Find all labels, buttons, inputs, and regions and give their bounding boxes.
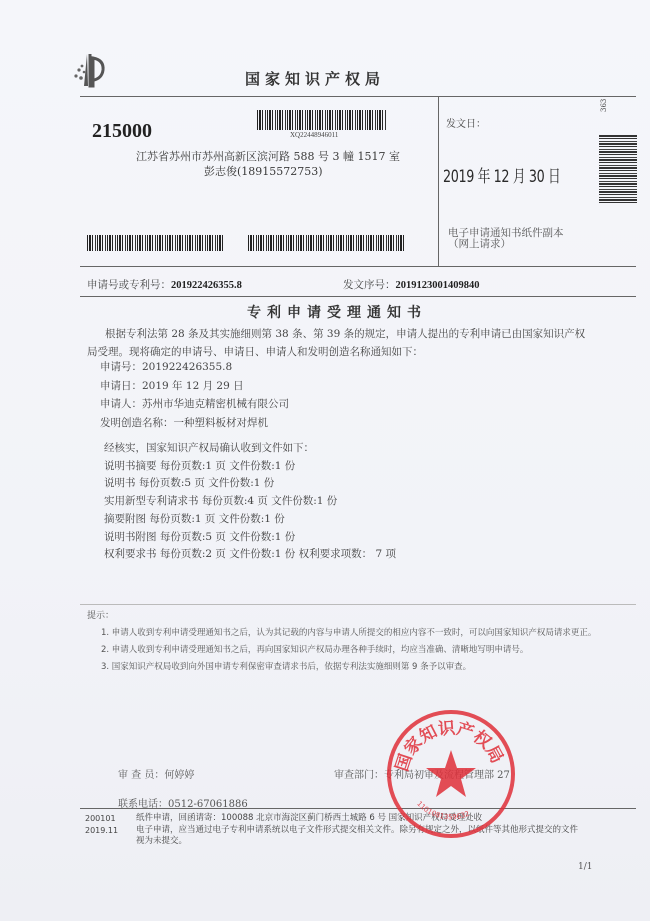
footer-divider	[80, 808, 636, 809]
hint-item: 2. 申请人收到专利申请受理通知书之后，再向国家知识产权局办理各种手续时，均应当…	[87, 642, 607, 659]
documents-intro: 经核实，国家知识产权局确认收到文件如下：	[104, 440, 396, 458]
received-documents: 经核实，国家知识产权局确认收到文件如下： 说明书摘要 每份页数:1 页 文件份数…	[104, 440, 396, 564]
field-invention-title: 发明创造名称：一种塑料板材对焊机	[100, 414, 289, 433]
hint-divider	[80, 604, 636, 605]
copy-note: 电子申请通知书纸件副本（网上请求）	[448, 228, 568, 250]
page-number: 1/1	[578, 862, 592, 872]
field-applicant: 申请人：苏州市华迪克精密机械有限公司	[100, 395, 289, 414]
document-item: 摘要附图 每份页数:1 页 文件份数:1 份	[104, 511, 396, 529]
hints-list: 1. 申请人收到专利申请受理通知书之后，认为其记载的内容与申请人所提交的相应内容…	[87, 625, 607, 676]
postal-code: 215000	[92, 120, 152, 143]
document-item: 说明书 每份页数:5 页 文件份数:1 份	[104, 475, 396, 493]
examiner: 审 查 员：何婷婷	[118, 766, 194, 781]
issue-date-label: 发文日：	[446, 115, 486, 130]
serial-number-label: 发文序号：	[343, 279, 396, 291]
document-item: 实用新型专利请求书 每份页数:4 页 文件份数:1 份	[104, 493, 396, 511]
form-code: 200101	[85, 814, 116, 823]
header-divider	[80, 96, 636, 97]
application-number-label: 申请号或专利号：	[87, 279, 171, 291]
serial-number-row: 发文序号：2019123001409840	[343, 277, 480, 292]
recipient-address: 江苏省苏州市苏州高新区滨河路 588 号 3 幢 1517 室	[136, 148, 400, 164]
column-divider	[438, 96, 439, 266]
side-barcode	[599, 135, 637, 203]
document-item: 权利要求书 每份页数:2 页 文件份数:1 份 权利要求项数： 7 项	[104, 546, 396, 564]
issue-date: 2019 年 12 月 30 日	[443, 162, 560, 187]
hint-item: 1. 申请人收到专利申请受理通知书之后，认为其记载的内容与申请人所提交的相应内容…	[87, 625, 607, 642]
hints-title: 提示：	[87, 608, 114, 621]
office-name: 国家知识产权局	[245, 68, 385, 89]
meta-top-divider	[80, 266, 636, 267]
side-number: 363	[600, 99, 608, 112]
application-number-value: 201922426355.8	[171, 280, 242, 291]
barcode-left	[87, 235, 225, 251]
field-application-number: 申请号：201922426355.8	[100, 358, 289, 377]
application-fields: 申请号：201922426355.8 申请日：2019 年 12 月 29 日 …	[100, 358, 289, 432]
notice-page: 国家知识产权局 215000 XQ22448946011 江苏省苏州市苏州高新区…	[0, 0, 650, 921]
notice-title: 专利申请受理通知书	[247, 302, 427, 322]
hint-item: 3. 国家知识产权局收到向外国申请专利保密审查请求书后，依据专利法实施细则第 9…	[87, 659, 607, 676]
official-seal-icon: 国家知识产权局 1101081359632	[385, 708, 517, 840]
barcode-right	[248, 235, 404, 251]
form-version: 2019.11	[85, 826, 118, 835]
document-item: 说明书附图 每份页数:5 页 文件份数:1 份	[104, 529, 396, 547]
barcode-caption: XQ22448946011	[290, 131, 338, 139]
recipient-contact: 彭志俊(18915572753)	[204, 163, 323, 179]
notice-intro: 根据专利法第 28 条及其实施细则第 38 条、第 39 条的规定，申请人提出的…	[69, 325, 587, 361]
application-number-row: 申请号或专利号：201922426355.8	[87, 277, 242, 292]
footer-electronic-instructions: 电子申请，应当通过电子专利申请系统以电子文件形式提交相关文件。除另有规定之外，以…	[136, 825, 586, 847]
footer-paper-instructions: 纸件申请，回函请寄：100088 北京市海淀区蓟门桥西土城路 6 号 国家知识产…	[136, 813, 586, 824]
meta-bottom-divider	[80, 296, 636, 297]
mail-barcode	[257, 110, 387, 130]
document-item: 说明书摘要 每份页数:1 页 文件份数:1 份	[104, 458, 396, 476]
field-application-date: 申请日：2019 年 12 月 29 日	[100, 377, 289, 396]
cnipa-logo-icon	[73, 50, 109, 90]
serial-number-value: 2019123001409840	[396, 280, 480, 291]
svg-text:1101081359632: 1101081359632	[415, 800, 470, 822]
